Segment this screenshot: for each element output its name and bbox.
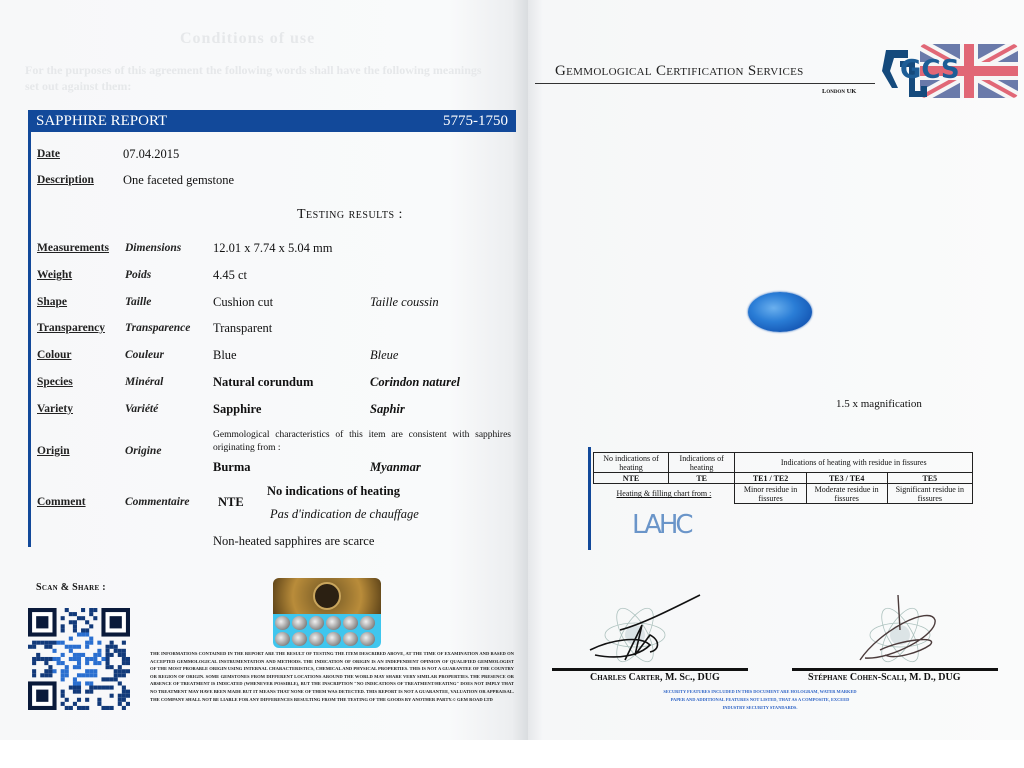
report-number: 5775-1750 [443,113,508,130]
comment-note: Non-heated sapphires are scarce [213,534,374,549]
property-value-fr: Bleue [370,348,398,363]
signature-line [792,668,998,671]
property-label-fr: Poids [125,269,151,281]
report-header: SAPPHIRE REPORT 5775-1750 [28,110,516,132]
property-label: Measurements [37,242,109,254]
code-te: TE [668,473,734,484]
security-note: Security features included in this docum… [660,688,860,712]
property-label: Weight [37,269,72,281]
property-value: Transparent [213,321,272,336]
scan-share-label: Scan & Share : [36,582,106,593]
header-nte: No indications of heating [594,453,669,473]
property-value-fr: Corindon naturel [370,375,460,390]
security-hologram [273,578,381,648]
property-label: Colour [37,349,72,361]
testing-results-heading: Testing results : [297,207,403,223]
svg-text:GCS: GCS [900,55,960,85]
property-label: Variety [37,403,73,415]
description-label: Description [37,174,94,186]
origin-note: Gemmological characteristics of this ite… [213,429,511,455]
report-border [28,132,31,547]
property-label: Shape [37,296,67,308]
property-label-fr: Variété [125,403,158,415]
chart-source-label: Heating & filling chart from : [617,489,712,498]
comment-code: NTE [218,495,244,510]
code-te1-te2: TE1 / TE2 [735,473,806,484]
property-label-fr: Dimensions [125,242,181,254]
property-value: Sapphire [213,402,261,417]
property-label-fr: Minéral [125,376,163,388]
divider [535,83,875,84]
comment-value: No indications of heating [267,484,400,499]
desc-significant: Significant residue in fissures [887,484,972,504]
background-intro: For the purposes of this agreement the f… [25,62,495,94]
qr-code[interactable] [28,608,130,710]
property-value: Natural corundum [213,375,313,390]
date-label: Date [37,148,60,160]
origin-value-fr: Myanmar [370,460,421,475]
property-label-fr: Couleur [125,349,164,361]
gcs-flag-logo: GCS [880,42,1020,100]
property-label: Transparency [37,322,105,334]
background-heading: Conditions of use [180,30,315,48]
signer-name: Stéphane Cohen-Scali, M. D., DUG [808,672,961,683]
property-value: Cushion cut [213,295,273,310]
property-label-fr: Transparence [125,322,190,334]
origin-label-fr: Origine [125,445,161,457]
signature-cohen-scali [840,590,970,670]
origin-value: Burma [213,460,251,475]
code-te3-te4: TE3 / TE4 [806,473,887,484]
scan-background [0,740,1024,768]
header-residue: Indications of heating with residue in f… [735,453,973,473]
signature-line [552,668,748,671]
report-title: SAPPHIRE REPORT [36,113,167,130]
desc-minor: Minor residue in fissures [735,484,806,504]
comment-label: Comment [37,496,86,508]
origin-label: Origin [37,445,70,457]
chart-border [588,447,591,550]
property-value: 4.45 ct [213,268,247,283]
gemstone-photo [748,292,812,332]
company-name: Gemmological Certification Services [555,63,804,80]
property-value-fr: Saphir [370,402,405,417]
comment-label-fr: Commentaire [125,496,190,508]
property-value: 12.01 x 7.74 x 5.04 mm [213,241,332,256]
signer-name: Charles Carter, M. Sc., DUG [590,672,720,683]
date-value: 07.04.2015 [123,147,179,162]
property-value-fr: Taille coussin [370,295,439,310]
seal-icon [313,582,341,610]
property-label-fr: Taille [125,296,151,308]
property-label: Species [37,376,73,388]
disclaimer-text: The informations contained in the report… [150,650,514,703]
desc-moderate: Moderate residue in fissures [806,484,887,504]
magnification-label: 1.5 x magnification [836,398,922,410]
code-te5: TE5 [887,473,972,484]
description-value: One faceted gemstone [123,173,234,188]
code-nte: NTE [594,473,669,484]
header-te: Indications of heating [668,453,734,473]
property-value: Blue [213,348,237,363]
company-location: London UK [822,88,856,95]
heating-chart: No indications of heating Indications of… [593,452,973,504]
signature-carter [580,590,720,670]
comment-value-fr: Pas d'indication de chauffage [270,507,419,522]
lahc-logo: LAHC [632,510,691,540]
